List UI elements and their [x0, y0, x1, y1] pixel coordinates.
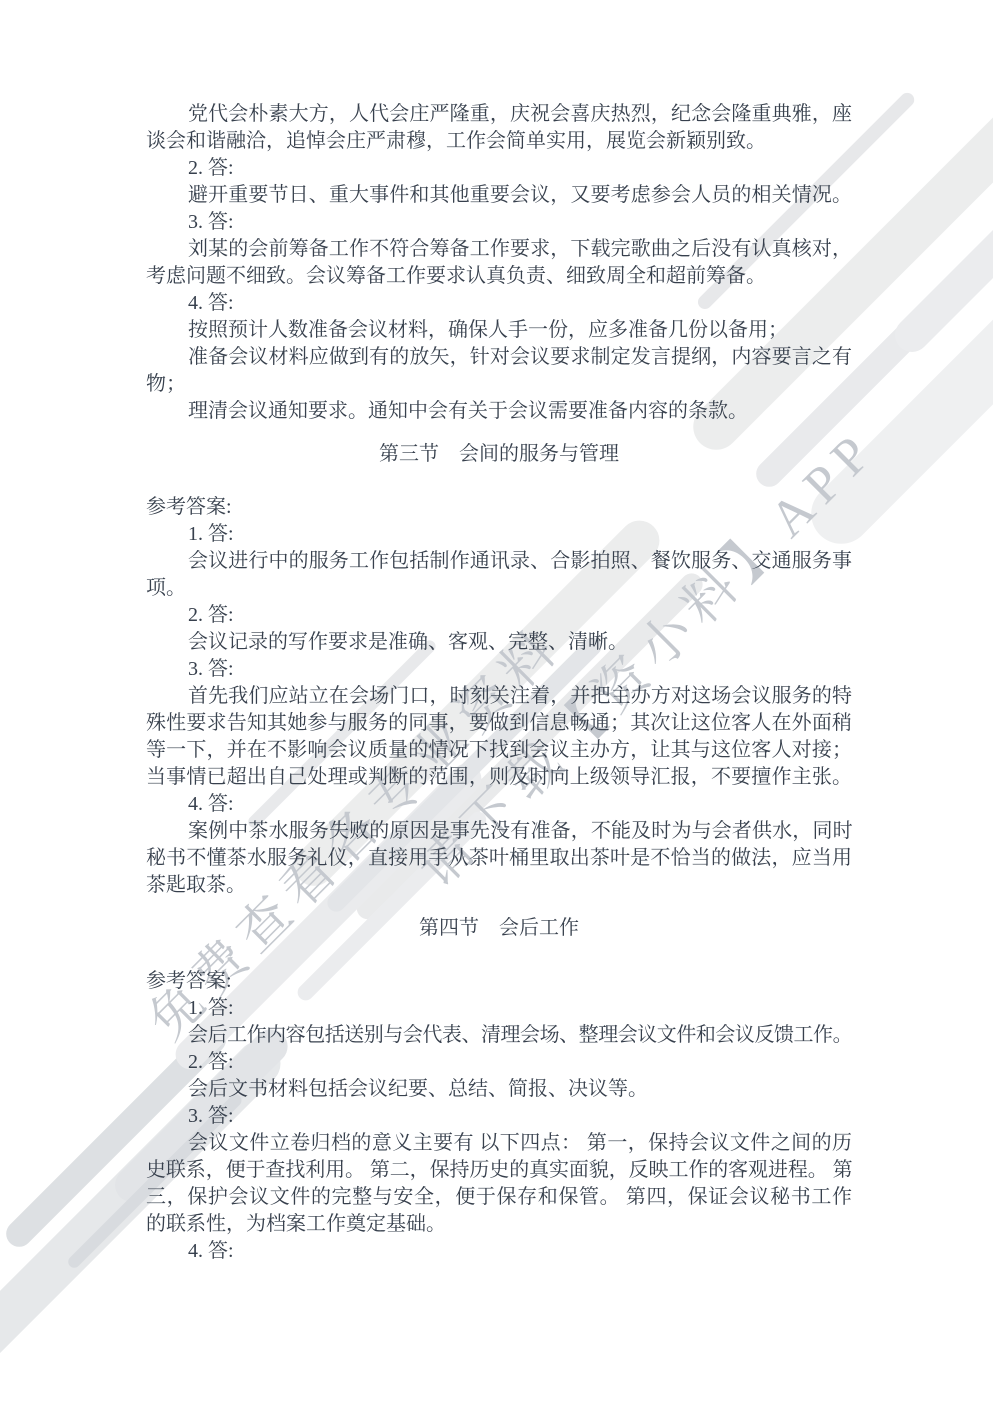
- text-line: 3. 答:: [146, 1103, 852, 1130]
- text-line: 秘书不懂茶水服务礼仪，直接用手从茶叶桶里取出茶叶是不恰当的做法，应当用: [146, 845, 852, 872]
- text-line: 1. 答:: [146, 995, 852, 1022]
- text-line: 首先我们应站立在会场门口，时刻关注着，并把主办方对这场会议服务的特: [146, 683, 852, 710]
- text-line: 项。: [146, 575, 852, 602]
- text-line: 党代会朴素大方，人代会庄严隆重，庆祝会喜庆热烈，纪念会隆重典雅，座: [146, 101, 852, 128]
- text-line: 会议记录的写作要求是准确、客观、完整、清晰。: [146, 629, 852, 656]
- text-line: 2. 答:: [146, 155, 852, 182]
- text-line: 参考答案:: [146, 494, 852, 521]
- document-page: { "colors": { "background": "#ffffff", "…: [0, 0, 993, 1404]
- text-line: 案例中茶水服务失败的原因是事先没有准备，不能及时为与会者供水，同时: [146, 818, 852, 845]
- text-line: 1. 答:: [146, 521, 852, 548]
- text-line: 避开重要节日、重大事件和其他重要会议，又要考虑参会人员的相关情况。: [146, 182, 852, 209]
- text-line: 会后文书材料包括会议纪要、总结、简报、决议等。: [146, 1076, 852, 1103]
- section-heading: 第三节 会间的服务与管理: [146, 441, 852, 468]
- text-line: 刘某的会前筹备工作不符合筹备工作要求，下载完歌曲之后没有认真核对，: [146, 236, 852, 263]
- text-line: 理清会议通知要求。通知中会有关于会议需要准备内容的条款。: [146, 398, 852, 425]
- text-line: 茶匙取茶。: [146, 872, 852, 899]
- text-line: 4. 答:: [146, 1238, 852, 1265]
- text-line: 会议文件立卷归档的意义主要有 以下四点： 第一，保持会议文件之间的历: [146, 1130, 852, 1157]
- text-line: 会议进行中的服务工作包括制作通讯录、合影拍照、餐饮服务、交通服务事: [146, 548, 852, 575]
- text-line: 3. 答:: [146, 209, 852, 236]
- text-line: 三，保护会议文件的完整与安全，便于保存和保管。 第四，保证会议秘书工作: [146, 1184, 852, 1211]
- text-line: 3. 答:: [146, 656, 852, 683]
- text-line: 2. 答:: [146, 1049, 852, 1076]
- text-line: 当事情已超出自己处理或判断的范围，则及时向上级领导汇报，不要擅作主张。: [146, 764, 852, 791]
- text-line: 按照预计人数准备会议材料，确保人手一份，应多准备几份以备用；: [146, 317, 852, 344]
- text-line: 会后工作内容包括送别与会代表、清理会场、整理会议文件和会议反馈工作。: [146, 1022, 852, 1049]
- text-line: 4. 答:: [146, 290, 852, 317]
- section-heading: 第四节 会后工作: [146, 915, 852, 942]
- text-line: 等一下，并在不影响会议质量的情况下找到会议主办方，让其与这位客人对接；: [146, 737, 852, 764]
- text-line: 4. 答:: [146, 791, 852, 818]
- brush-stroke: [888, 123, 993, 359]
- text-line: 殊性要求告知其她参与服务的同事，要做到信息畅通；其次让这位客人在外面稍: [146, 710, 852, 737]
- text-line: 参考答案:: [146, 968, 852, 995]
- text-line: 考虑问题不细致。会议筹备工作要求认真负责、细致周全和超前筹备。: [146, 263, 852, 290]
- document-body: 党代会朴素大方，人代会庄严隆重，庆祝会喜庆热烈，纪念会隆重典雅，座谈会和谐融洽，…: [146, 101, 852, 1265]
- text-line: 史联系，便于查找利用。 第二，保持历史的真实面貌，反映工作的客观进程。 第: [146, 1157, 852, 1184]
- text-line: 的联系性，为档案工作奠定基础。: [146, 1211, 852, 1238]
- text-line: 2. 答:: [146, 602, 852, 629]
- text-line: 物；: [146, 371, 852, 398]
- text-line: 准备会议材料应做到有的放矢，针对会议要求制定发言提纲，内容要言之有: [146, 344, 852, 371]
- text-line: 谈会和谐融洽，追悼会庄严肃穆，工作会简单实用，展览会新颖别致。: [146, 128, 852, 155]
